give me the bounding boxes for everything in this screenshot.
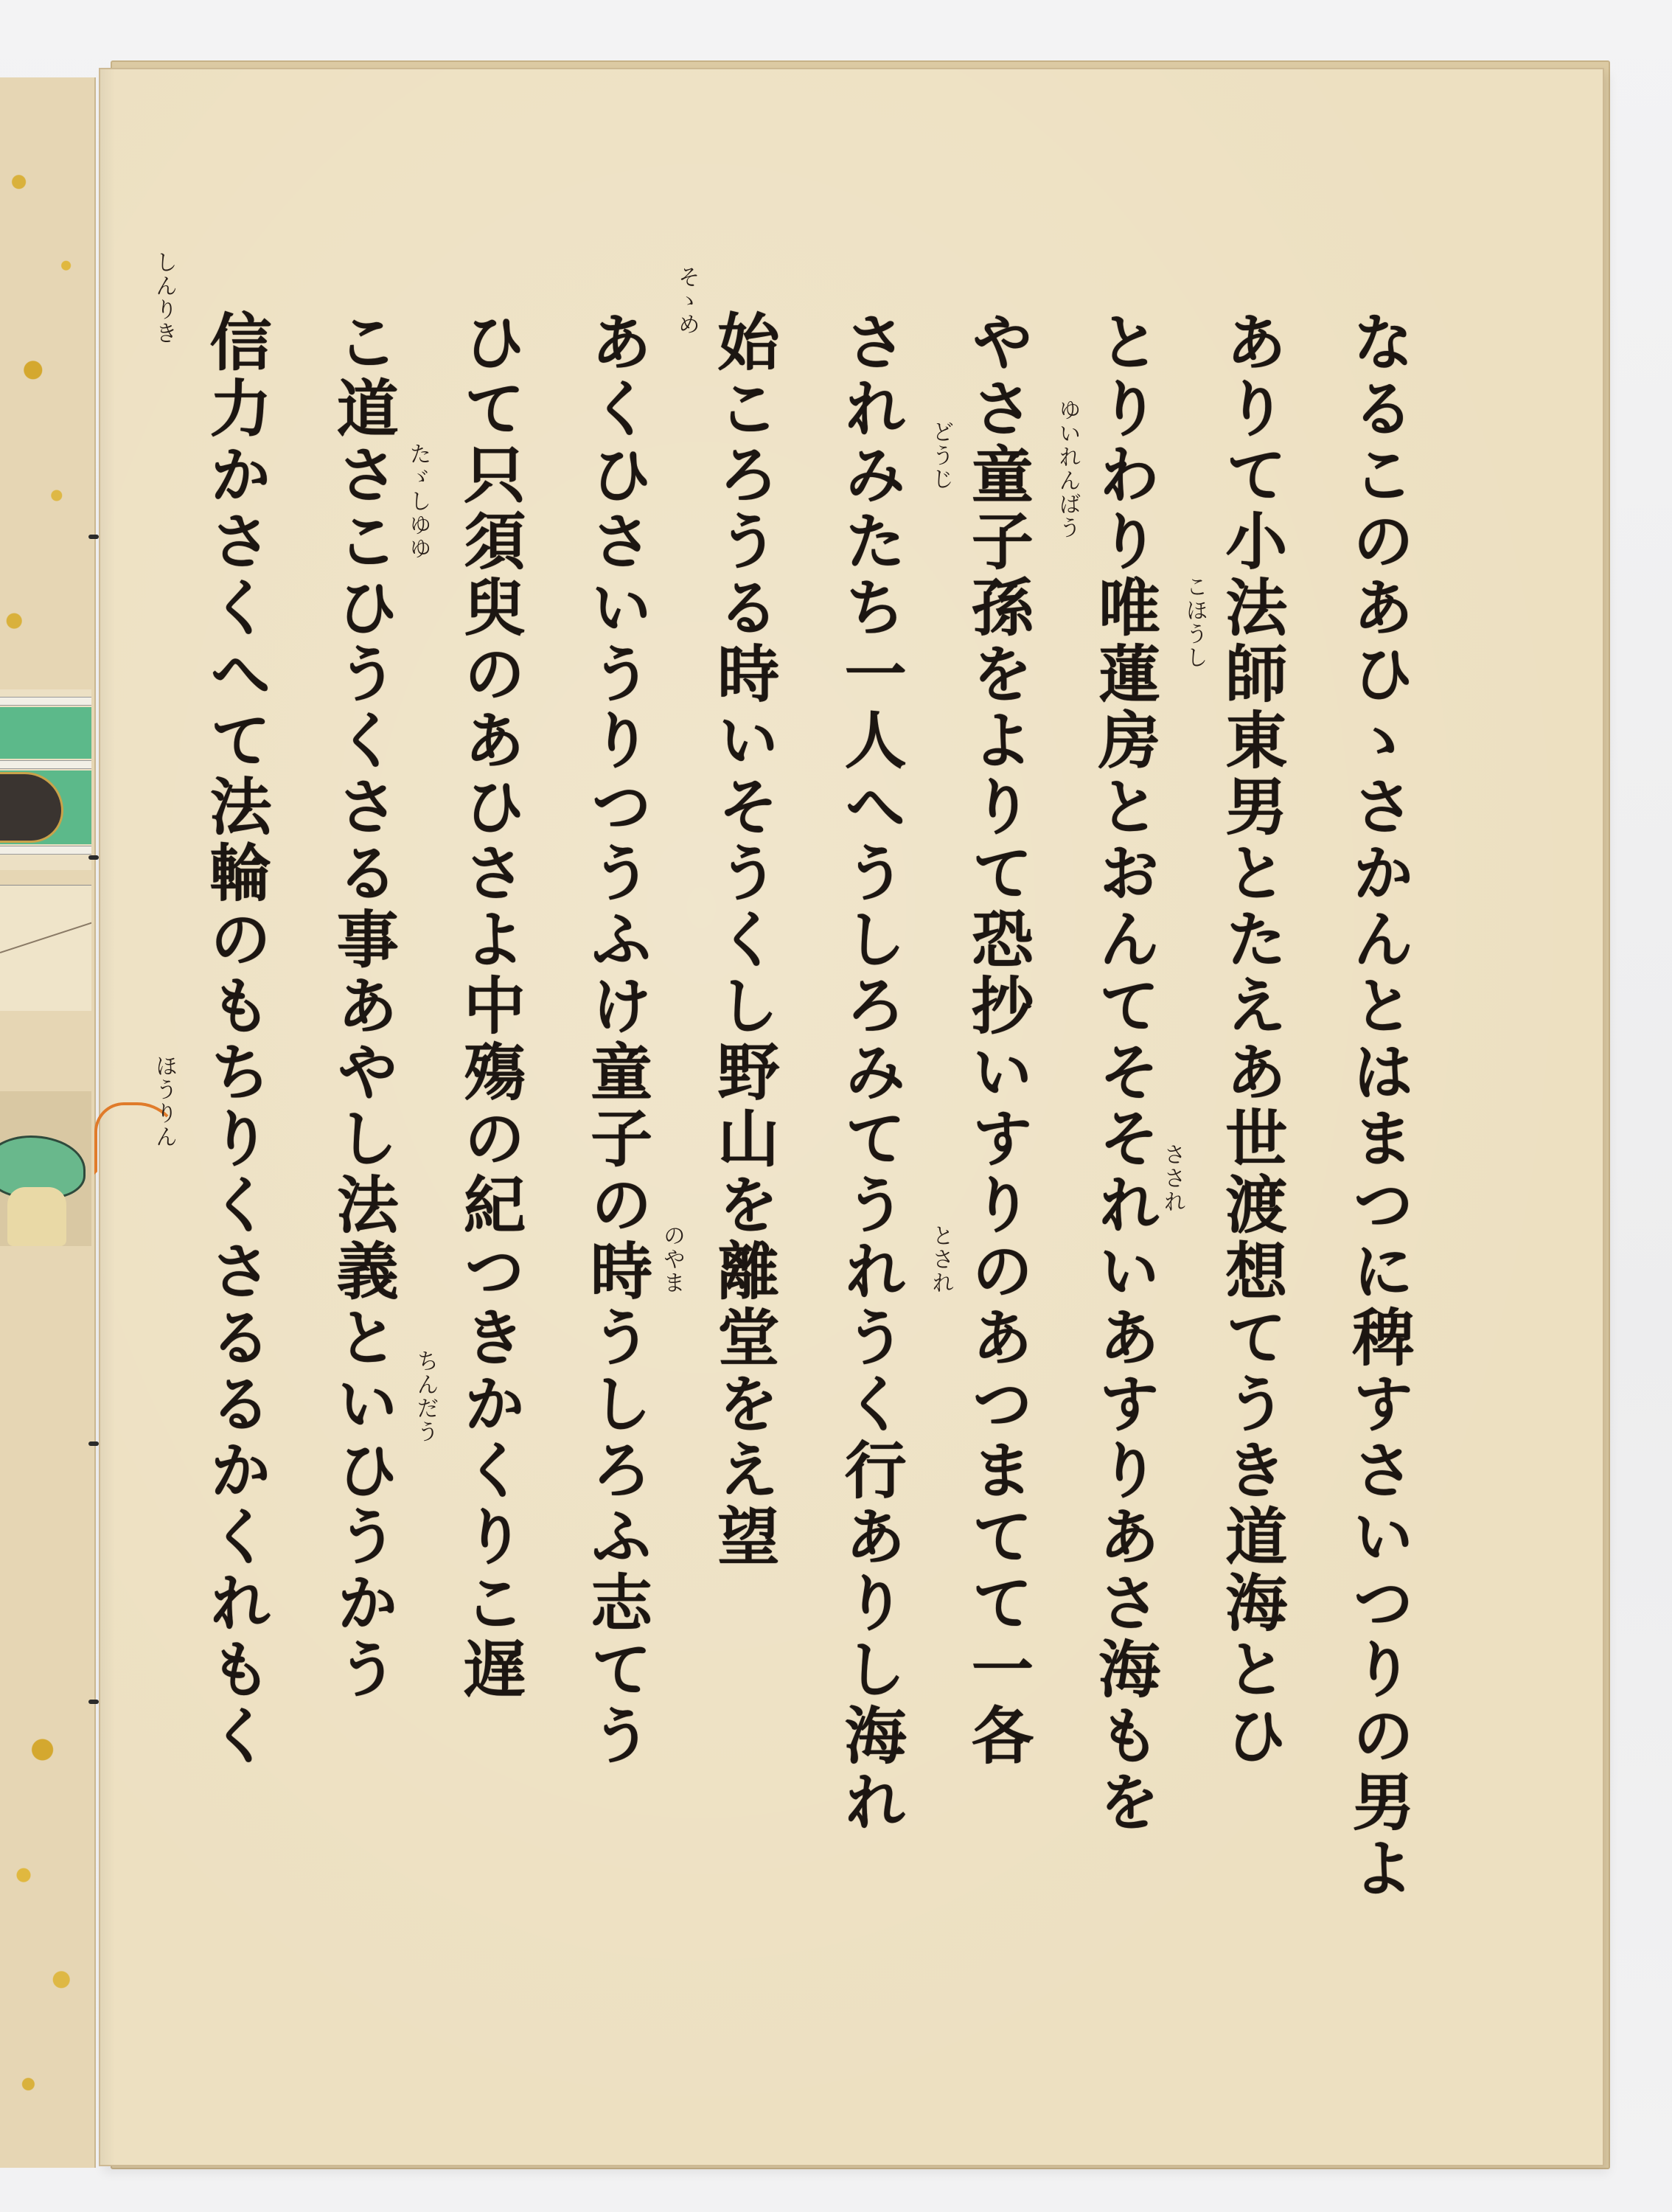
text-column-7: あくひさいうりつうふけ童子の時うしろふ志てう <box>551 310 661 2006</box>
text-column-10: 信力かさくへて法輪のもちりくさるるかくれもく しんりき ほうりん <box>170 310 280 2006</box>
binding-stitch <box>88 1441 99 1446</box>
illustration-tatami-figure <box>0 689 91 870</box>
text-columns: なるこのあひゝさかんとはまつに稗すさいつりの男よ ありて小法師東男とたえあ世渡想… <box>170 310 1423 2006</box>
column-text: 始ころうる時いそうくし野山を離堂をえ望 <box>700 310 788 1571</box>
text-column-1: なるこのあひゝさかんとはまつに稗すさいつりの男よ <box>1312 310 1423 2006</box>
furigana: ほうりん <box>147 1054 180 1149</box>
column-text: あくひさいうりつうふけ童子の時うしろふ志てう <box>573 310 661 1770</box>
illustration-rail <box>0 846 91 855</box>
column-text: 信力かさくへて法輪のもちりくさるるかくれもく <box>192 310 280 1770</box>
illustration-floor-lines <box>0 885 91 1011</box>
furigana: とされ <box>924 1224 956 1295</box>
column-text: されみたち一人へうしろみてうれうく行ありし海れ <box>826 310 915 1836</box>
furigana: ちんだう <box>408 1349 441 1444</box>
binding-stitch <box>88 1700 99 1704</box>
furigana: そゝめ <box>670 265 703 336</box>
column-text: ひて只須臾のあひさよ中殤の紀つきかくりこ遅 <box>445 310 534 1703</box>
furigana: しんりき <box>147 251 180 345</box>
illustration-rail <box>0 760 91 769</box>
text-column-3: とりわり唯蓮房とおんてそそれいあすりあさ海もを ゆいれんばう <box>1059 310 1169 2006</box>
text-column-5: されみたち一人へうしろみてうれうく行ありし海れ <box>804 310 915 2006</box>
illustration-green-tatami <box>0 707 91 759</box>
column-text: ありて小法師東男とたえあ世渡想てうき道海とひ <box>1208 310 1296 1770</box>
text-column-8: ひて只須臾のあひさよ中殤の紀つきかくりこ遅 たゞしゆゆ ちんだう <box>423 310 534 2006</box>
text-column-4: やさ童子孫をよりて恐抄いすりのあつまてて一各 どうじ とされ <box>931 310 1042 2006</box>
column-text: こ道さこひうくさる事あやし法義といひうかう <box>318 310 407 1703</box>
text-column-9: こ道さこひうくさる事あやし法義といひうかう <box>296 310 407 2006</box>
column-text: とりわり唯蓮房とおんてそそれいあすりあさ海もを <box>1081 310 1169 1836</box>
column-text: なるこのあひゝさかんとはまつに稗すさいつりの男よ <box>1334 310 1423 1902</box>
furigana: ゆいれんばう <box>1051 398 1084 540</box>
text-column-2: ありて小法師東男とたえあ世渡想てうき道海とひ こほうし さされ <box>1185 310 1296 2006</box>
illustration-figure <box>7 1187 66 1246</box>
illustration-diagonal-line <box>0 920 91 953</box>
furigana: こほうし <box>1178 575 1211 669</box>
text-column-6: 始ころうる時いそうくし野山を離堂をえ望 そゝめ のやま <box>677 310 788 2006</box>
column-text: やさ童子孫をよりて恐抄いすりのあつまてて一各 <box>953 310 1042 1770</box>
illustration-rail <box>0 697 91 706</box>
illustration-foliage-figure <box>0 1091 91 1246</box>
binding-stitch <box>88 855 99 860</box>
binding-stitch <box>88 535 99 539</box>
furigana: どうじ <box>924 420 956 491</box>
